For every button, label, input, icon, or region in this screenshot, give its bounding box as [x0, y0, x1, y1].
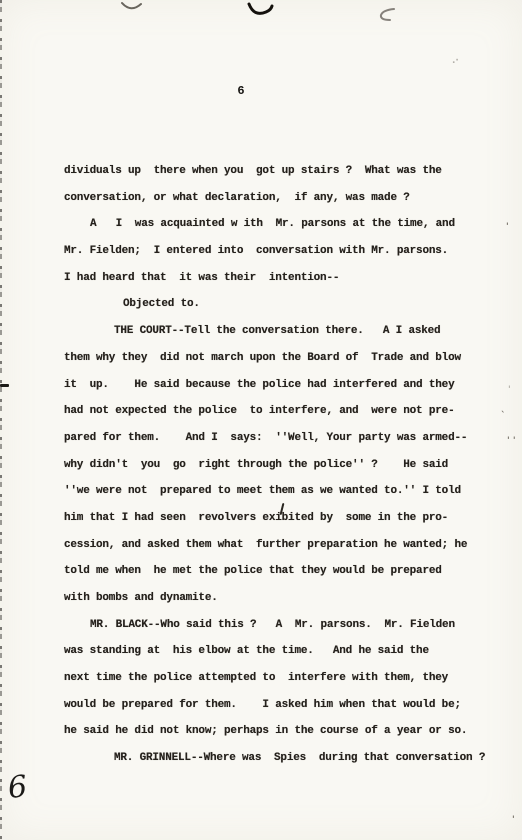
transcript-line: Objected to.: [64, 291, 494, 318]
transcript-line: next time the police attempted to interf…: [64, 665, 494, 692]
transcript-line: MR. BLACK--Who said this ? A Mr. parsons…: [64, 612, 494, 639]
page-number: 6: [231, 84, 251, 98]
transcript-line: dividuals up there when you got up stair…: [64, 158, 494, 185]
transcript-line: had not expected the police to interfere…: [64, 398, 494, 425]
scan-edge-artifact: [0, 0, 2, 840]
pen-marks-icon: [0, 0, 522, 30]
transcript-line: pared for them. And I says: ''Well, Your…: [64, 425, 494, 452]
transcript-line: I had heard that it was their intention-…: [64, 265, 494, 292]
transcript-line: with bombs and dynamite.: [64, 585, 494, 612]
ink-speck: ' ': [507, 437, 516, 446]
ink-speck: ': [506, 223, 509, 232]
transcript-line: told me when he met the police that they…: [64, 558, 494, 585]
transcript-text: dividuals up there when you got up stair…: [64, 158, 494, 772]
ink-speck: .·: [452, 57, 459, 66]
ink-speck: ': [508, 386, 511, 395]
transcript-line: him that I had seen revolvers exibited b…: [64, 505, 494, 532]
transcript-line: MR. GRINNELL--Where was Spies during tha…: [64, 745, 494, 772]
transcript-line: Mr. Fielden; I entered into conversation…: [64, 238, 494, 265]
transcript-line: it up. He said because the police had in…: [64, 372, 494, 399]
transcript-line: A I was acquainted w ith Mr. parsons at …: [64, 211, 494, 238]
scanned-page: 6 dividuals up there when you got up sta…: [0, 0, 522, 840]
transcript-line: THE COURT--Tell the conversation there. …: [64, 318, 494, 345]
transcript-line: would be prepared for them. I asked him …: [64, 692, 494, 719]
transcript-line: them why they did not march upon the Boa…: [64, 345, 494, 372]
transcript-line: cession, and asked them what further pre…: [64, 532, 494, 559]
transcript-line: conversation, or what declaration, if an…: [64, 185, 494, 212]
margin-dash-artifact: [0, 384, 9, 387]
handwritten-page-number: 6: [6, 769, 29, 806]
ink-speck: `: [501, 412, 506, 421]
transcript-line: he said he did not know; perhaps in the …: [64, 718, 494, 745]
transcript-line: why didn't you go right through the poli…: [64, 452, 494, 479]
transcript-line: ''we were not prepared to meet them as w…: [64, 478, 494, 505]
ink-speck: ': [512, 816, 515, 825]
transcript-line: was standing at his elbow at the time. A…: [64, 638, 494, 665]
